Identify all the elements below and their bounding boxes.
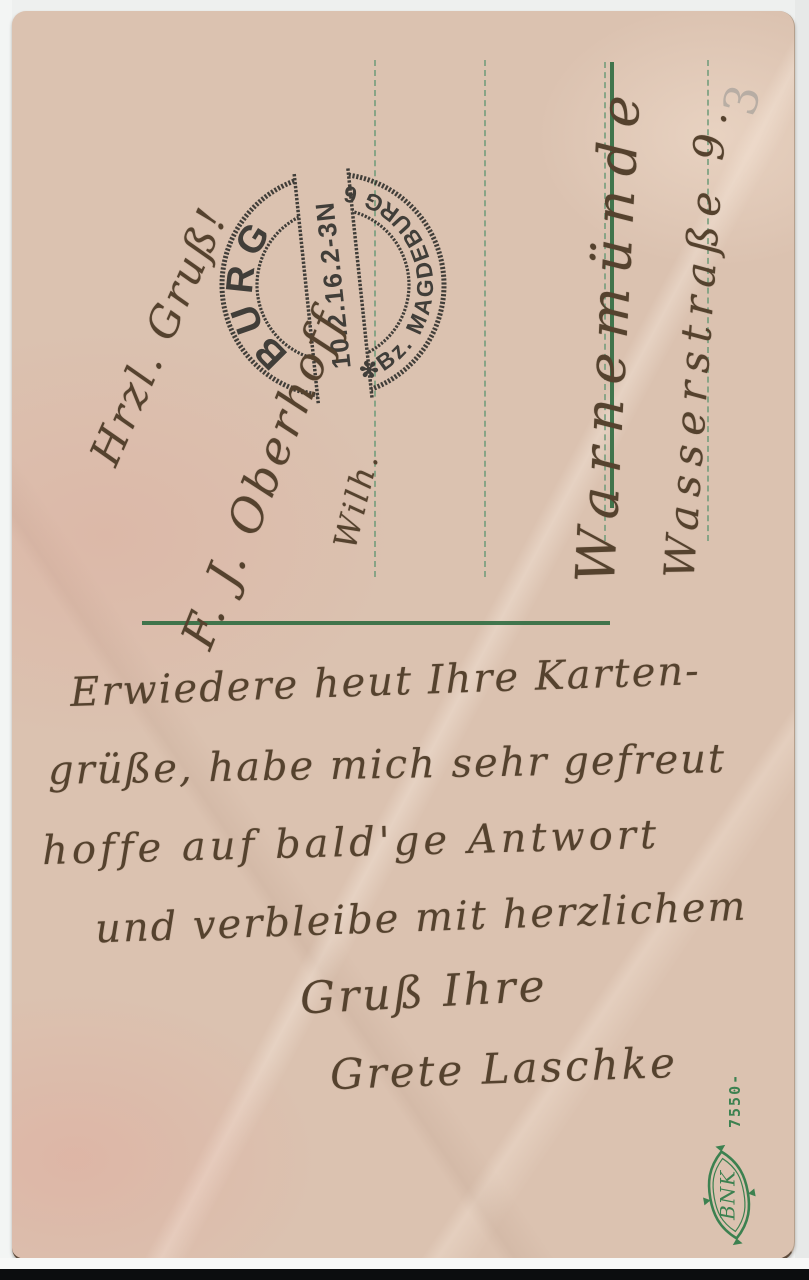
message-line-3: hoffe auf bald'ge Antwort bbox=[42, 812, 661, 874]
publisher-emblem: BNK bbox=[682, 1137, 777, 1253]
message-line-4: und verbleibe mit herzlichem bbox=[94, 884, 748, 953]
scanner-edge-strip bbox=[0, 1258, 809, 1269]
handwritten-street: Wasserstraße 9. bbox=[655, 101, 737, 581]
address-rule-dotted-2 bbox=[484, 60, 486, 577]
publisher-monogram-text: BNK bbox=[716, 1170, 740, 1221]
handwritten-co-note: Wilh. bbox=[326, 448, 387, 553]
message-closing: Gruß Ihre bbox=[299, 961, 549, 1025]
postcard-scan: BURG ✻Bz. MAGDEBURG 6 10.2.16.2-3N Hrzl.… bbox=[0, 0, 809, 1280]
handwritten-place: Warnemünde bbox=[564, 80, 653, 585]
publisher-serial-number: 7550- bbox=[726, 1073, 744, 1128]
scanner-bottom-bar bbox=[0, 1269, 809, 1280]
postcard-back: BURG ✻Bz. MAGDEBURG 6 10.2.16.2-3N Hrzl.… bbox=[12, 11, 795, 1262]
message-signature: Grete Laschke bbox=[329, 1038, 678, 1099]
message-line-1: Erwiedere heut Ihre Karten- bbox=[69, 648, 701, 716]
message-line-2: grüße, habe mich sehr gefreut bbox=[48, 736, 727, 794]
